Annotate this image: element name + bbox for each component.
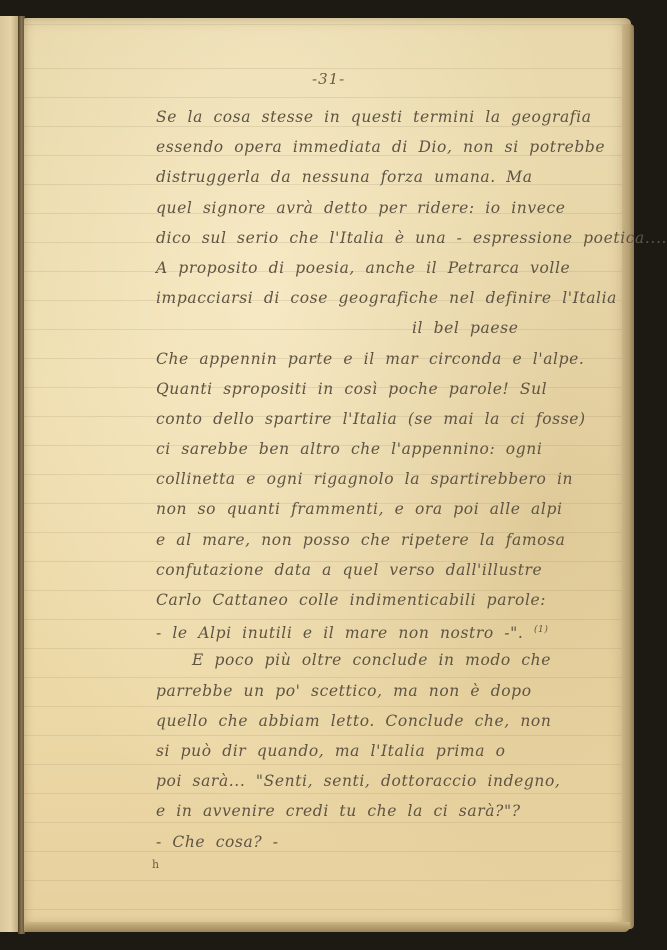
text-line: Carlo Cattaneo colle indimenticabili par…: [156, 585, 626, 615]
verse-line: il bel paese: [156, 313, 626, 343]
text-line: si può dir quando, ma l'Italia prima o: [156, 736, 626, 766]
text-line: ci sarebbe ben altro che l'appennino: og…: [156, 434, 626, 464]
text-line: quello che abbiam letto. Conclude che, n…: [156, 706, 626, 736]
text-line: confutazione data a quel verso dall'illu…: [156, 555, 626, 585]
text-line: conto dello spartire l'Italia (se mai la…: [156, 404, 626, 434]
handwritten-text: Se la cosa stesse in questi termini la g…: [156, 102, 626, 857]
page-bottom-edge: [24, 922, 630, 932]
text-line: dico sul serio che l'Italia è una - espr…: [156, 223, 626, 253]
text-line: impacciarsi di cose geografiche nel defi…: [156, 283, 626, 313]
text-line: e in avvenire credi tu che la ci sarà?"?: [156, 796, 626, 826]
text-line: e al mare, non posso che ripetere la fam…: [156, 525, 626, 555]
quotation-line: - le Alpi inutili e il mare non nostro -…: [156, 615, 626, 645]
text-line: distruggerla da nessuna forza umana. Ma: [156, 162, 626, 192]
text-line: Quanti spropositi in così poche parole! …: [156, 374, 626, 404]
verse-line: Che appennin parte e il mar circonda e l…: [156, 344, 626, 374]
text-line: Se la cosa stesse in questi termini la g…: [156, 102, 626, 132]
text-line: poi sarà... "Senti, senti, dottoraccio i…: [156, 766, 626, 796]
text-line: A proposito di poesia, anche il Petrarca…: [156, 253, 626, 283]
manuscript-scan: -31- Se la cosa stesse in questi termini…: [0, 0, 667, 950]
page-number: -31-: [312, 70, 345, 88]
text-line: collinetta e ogni rigagnolo la spartireb…: [156, 464, 626, 494]
left-page-edge: [0, 16, 19, 932]
footnote-marker: (1): [534, 625, 549, 635]
text-line: essendo opera immediata di Dio, non si p…: [156, 132, 626, 162]
text-line: parrebbe un po' scettico, ma non è dopo: [156, 676, 626, 706]
text-line: quel signore avrà detto per ridere: io i…: [156, 193, 626, 223]
text-line: E poco più oltre conclude in modo che: [156, 645, 626, 675]
text-line: - Che cosa? -: [156, 827, 626, 857]
text-line: non so quanti frammenti, e ora poi alle …: [156, 494, 626, 524]
quotation-text: - le Alpi inutili e il mare non nostro -…: [156, 624, 523, 642]
stray-ink-mark: h: [152, 858, 159, 871]
